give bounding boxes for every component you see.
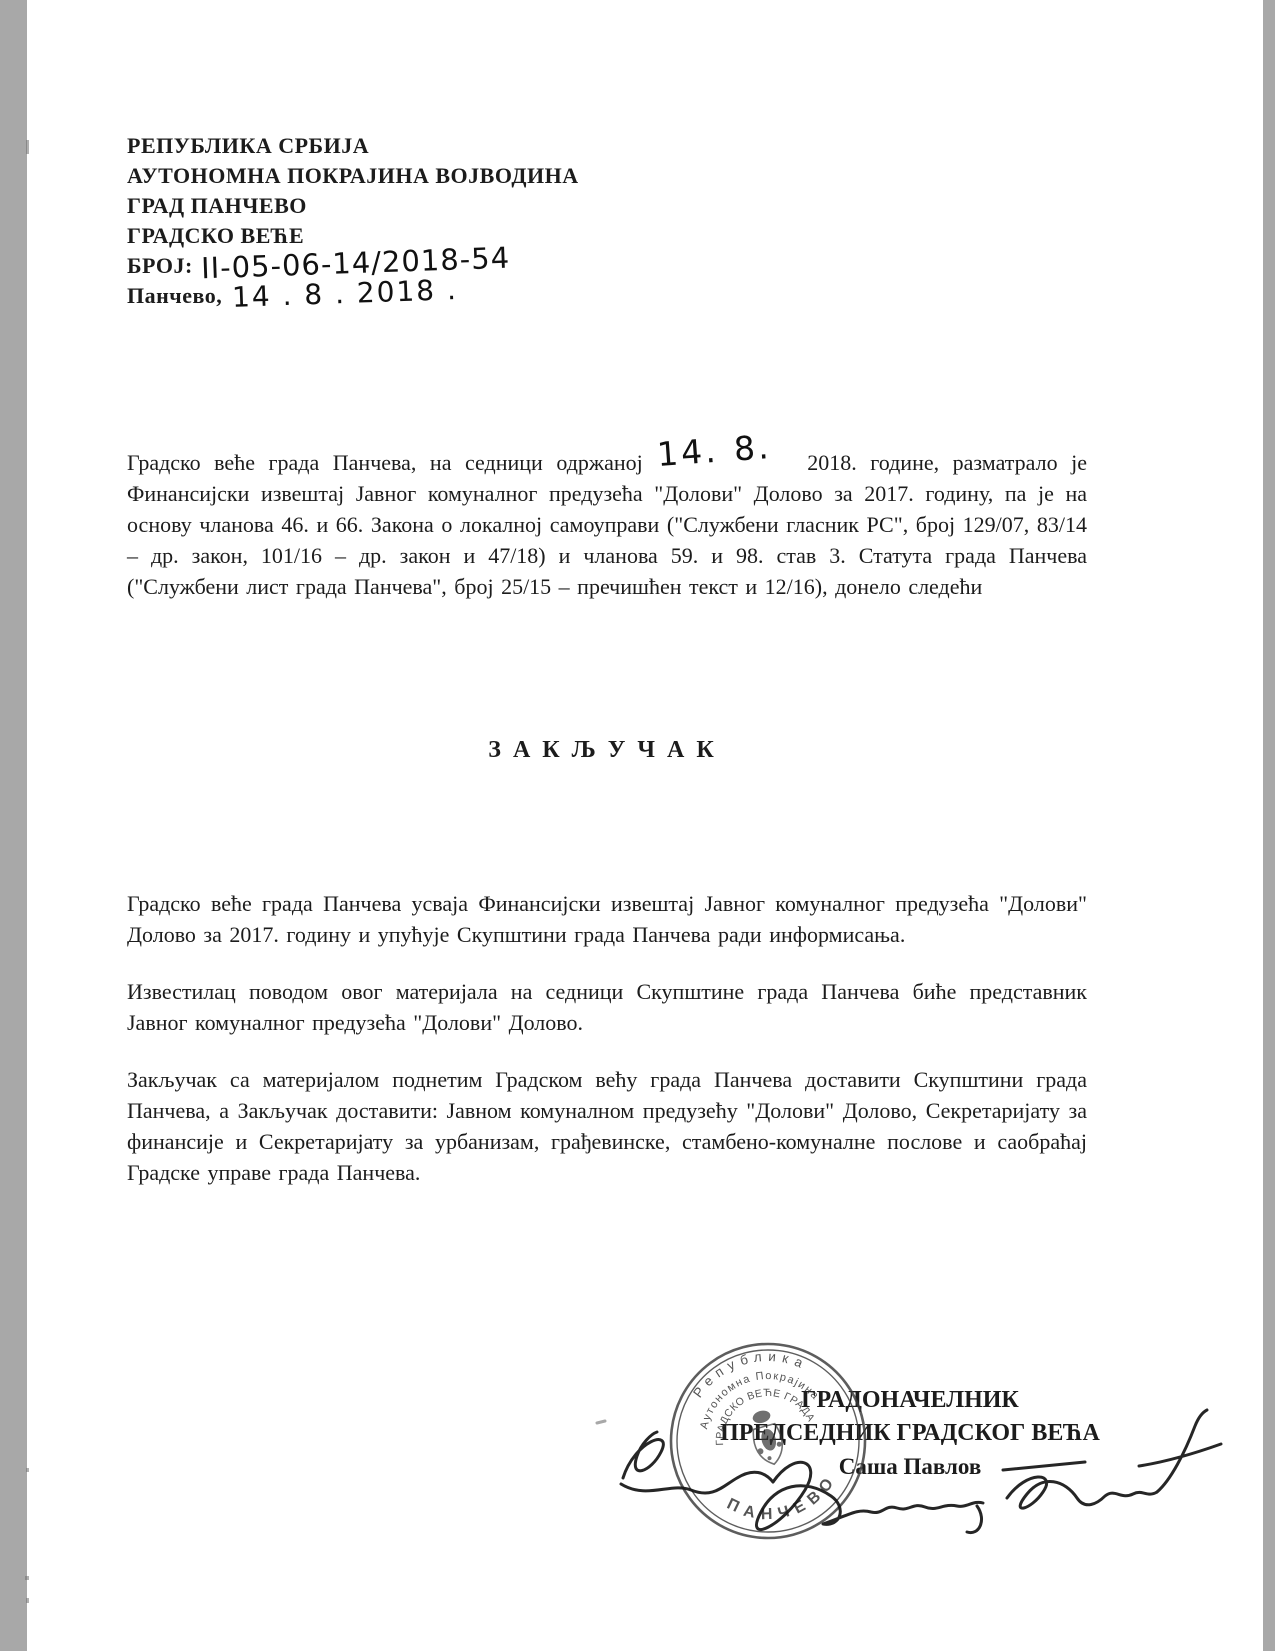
inline-date-handwritten: 14. 8. xyxy=(657,443,772,459)
scan-speck xyxy=(26,140,29,154)
official-round-stamp: Република Аутономна Покрајина ГРАДСКО ВЕ… xyxy=(649,1322,887,1560)
case-number-label: БРОЈ: xyxy=(127,253,193,278)
letterhead-city: ГРАД ПАНЧЕВО xyxy=(127,191,579,221)
conclusion-heading: ЗАКЉУЧАК xyxy=(127,737,1087,764)
scan-speck xyxy=(26,1598,29,1603)
date-handwritten: 14 . 8 . 2018 . xyxy=(232,286,458,302)
scanned-document: { "document": { "header": { "line1": "РЕ… xyxy=(0,0,1275,1651)
body-paragraph-1: Градско веће града Панчева усваја Финанс… xyxy=(127,888,1087,950)
signature-stroke-second-word xyxy=(1007,1477,1157,1508)
case-number-handwritten: II-05-06-14/2018-54 xyxy=(201,254,510,273)
handwritten-signature xyxy=(597,1410,1221,1533)
place-label: Панчево, xyxy=(127,283,222,308)
scan-edge-left xyxy=(0,0,27,1651)
letterhead: РЕПУБЛИКА СРБИЈА АУТОНОМНА ПОКРАЈИНА ВОЈ… xyxy=(127,131,579,311)
signature-stray-mark xyxy=(597,1421,605,1423)
stamp-coat-of-arms xyxy=(747,1408,788,1468)
intro-paragraph: Градско веће града Панчева, на седници о… xyxy=(127,447,1087,602)
document-page: РЕПУБЛИКА СРБИЈА АУТОНОМНА ПОКРАЈИНА ВОЈ… xyxy=(0,0,1275,1651)
letterhead-republic: РЕПУБЛИКА СРБИЈА xyxy=(127,131,579,161)
signature-stroke-initial xyxy=(621,1432,773,1493)
scan-speck xyxy=(25,1576,29,1580)
body-paragraph-2: Известилац поводом овог материјала на се… xyxy=(127,976,1087,1038)
letterhead-province: АУТОНОМНА ПОКРАЈИНА ВОЈВОДИНА xyxy=(127,161,579,191)
body-paragraph-3: Закључак са материјалом поднетим Градско… xyxy=(127,1064,1087,1188)
signature-stroke-final-cross xyxy=(1139,1410,1221,1492)
place-date-line: Панчево,14 . 8 . 2018 . xyxy=(127,281,579,311)
intro-text-before-date: Градско веће града Панчева, на седници о… xyxy=(127,450,643,475)
stamp-and-signature-area: Република Аутономна Покрајина ГРАДСКО ВЕ… xyxy=(595,1320,1275,1580)
scan-speck xyxy=(26,1468,29,1472)
